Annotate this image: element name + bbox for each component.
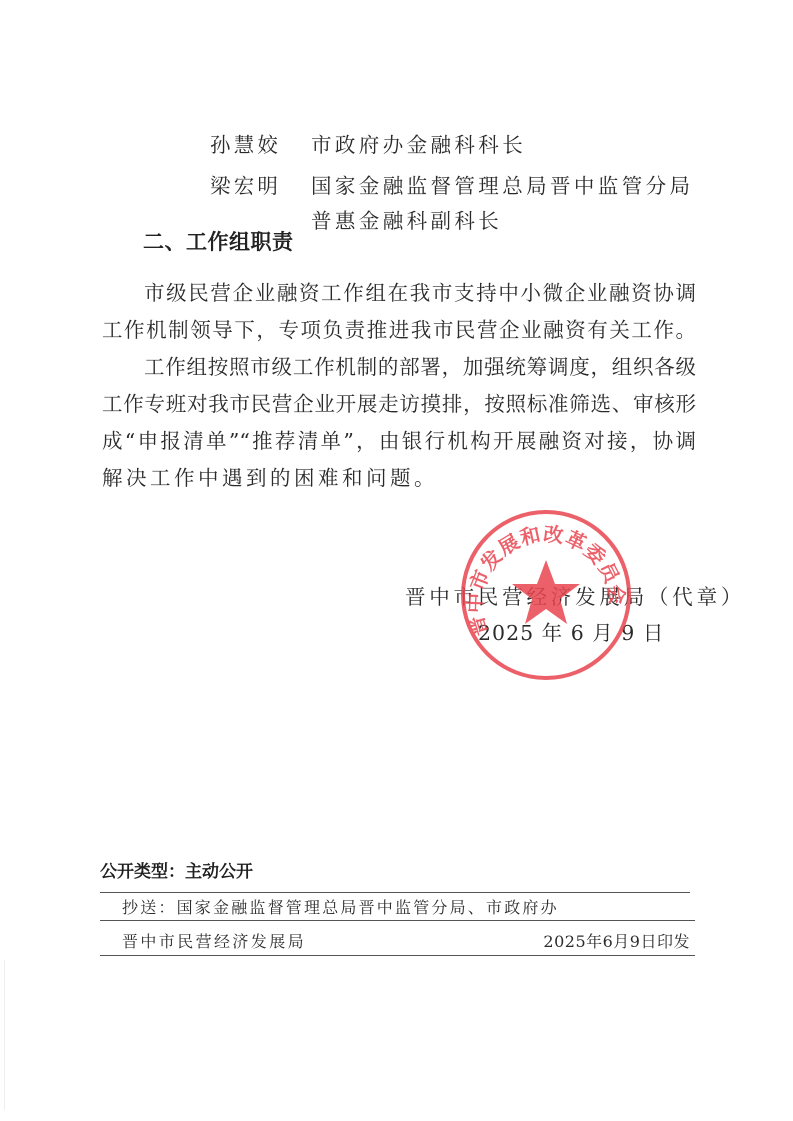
signature-date: 2025 年 6 月 9 日 xyxy=(478,620,664,646)
section-heading: 二、工作组职责 xyxy=(143,229,294,255)
member-name: 梁宏明 xyxy=(210,169,281,199)
paragraph-line: 工作专班对我市民营企业开展走访摸排，按照标准筛选、审核形 xyxy=(102,392,696,416)
issuer: 晋中市民营经济发展局 xyxy=(122,932,306,952)
signature-org: 晋中市民营经济发展局（代章） xyxy=(405,584,745,610)
divider xyxy=(100,892,690,893)
page-edge xyxy=(4,960,5,1110)
divider xyxy=(100,920,695,921)
paragraph-line: 工作机制领导下，专项负责推进我市民营企业融资有关工作。 xyxy=(102,318,696,342)
member-role: 国家金融监督管理总局晋中监管分局 xyxy=(311,169,693,199)
member-role-continued: 普惠金融科副科长 xyxy=(311,204,502,234)
member-role: 市政府办金融科科长 xyxy=(311,128,526,158)
member-name: 孙慧姣 xyxy=(210,128,281,158)
paragraph-line: 成“申报清单”“推荐清单”，由银行机构开展融资对接，协调 xyxy=(102,429,696,453)
paragraph-line: 市级民营企业融资工作组在我市支持中小微企业融资协调 xyxy=(144,281,696,305)
paragraph-line: 工作组按照市级工作机制的部署，加强统筹调度，组织各级 xyxy=(144,355,696,379)
divider xyxy=(100,955,695,956)
paragraph-line: 解决工作中遇到的困难和问题。 xyxy=(102,466,696,490)
issue-date: 2025年6月9日印发 xyxy=(543,932,690,952)
cc-recipients: 抄送：国家金融监督管理总局晋中监管分局、市政府办 xyxy=(122,898,559,918)
disclosure-type: 公开类型：主动公开 xyxy=(100,857,253,882)
